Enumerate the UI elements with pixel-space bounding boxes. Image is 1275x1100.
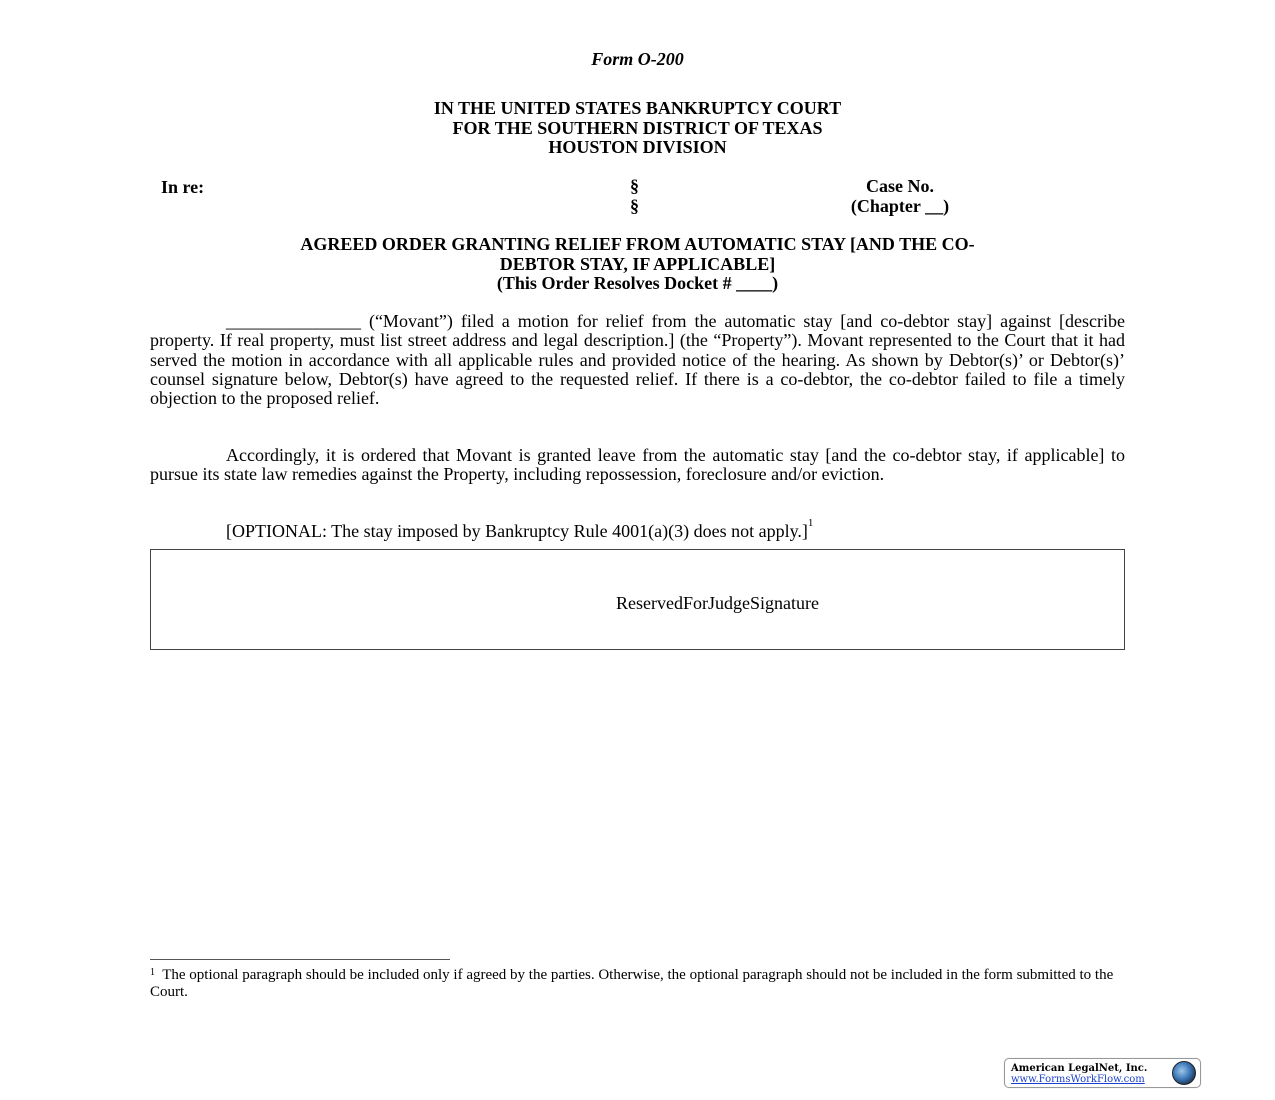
title-line-3: (This Order Resolves Docket # ____) [150, 274, 1125, 294]
optional-text: [OPTIONAL: The stay imposed by Bankruptc… [226, 521, 808, 541]
section-marks: § § [630, 177, 639, 216]
website-link[interactable]: www.FormsWorkFlow.com [1011, 1074, 1145, 1085]
paragraph-2-text: Accordingly, it is ordered that Movant i… [150, 445, 1125, 484]
judge-signature-placeholder: ReservedForJudgeSignature [616, 593, 819, 614]
chapter-label: (Chapter __) [800, 197, 1000, 217]
section-mark: § [630, 197, 639, 217]
title-line-1: AGREED ORDER GRANTING RELIEF FROM AUTOMA… [150, 235, 1125, 255]
section-mark: § [630, 177, 639, 197]
company-name: American LegalNet, Inc. [1011, 1063, 1147, 1074]
paragraph-motion: _______________ (“Movant”) filed a motio… [150, 312, 1125, 408]
footnote-number: 1 [150, 967, 155, 978]
court-line-1: IN THE UNITED STATES BANKRUPTCY COURT [0, 99, 1275, 119]
court-line-2: FOR THE SOUTHERN DISTRICT OF TEXAS [0, 119, 1275, 139]
form-number: Form O-200 [0, 49, 1275, 70]
court-heading: IN THE UNITED STATES BANKRUPTCY COURT FO… [0, 99, 1275, 158]
paragraph-optional: [OPTIONAL: The stay imposed by Bankruptc… [150, 521, 1125, 542]
case-info: Case No. (Chapter __) [800, 177, 1000, 216]
order-title: AGREED ORDER GRANTING RELIEF FROM AUTOMA… [150, 235, 1125, 294]
title-line-2: DEBTOR STAY, IF APPLICABLE] [150, 255, 1125, 275]
globe-icon [1172, 1061, 1196, 1085]
footnote-ref: 1 [808, 517, 814, 529]
in-re-label: In re: [161, 177, 204, 198]
court-line-3: HOUSTON DIVISION [0, 138, 1275, 158]
case-number-label: Case No. [800, 177, 1000, 197]
footnote: 1 The optional paragraph should be inclu… [150, 967, 1125, 1001]
paragraph-1-text: _______________ (“Movant”) filed a motio… [150, 311, 1125, 408]
footnote-text: The optional paragraph should be include… [150, 967, 1113, 1000]
footnote-divider [150, 959, 450, 960]
paragraph-order: Accordingly, it is ordered that Movant i… [150, 446, 1125, 485]
footer-logo[interactable]: American LegalNet, Inc. www.FormsWorkFlo… [1004, 1058, 1201, 1088]
